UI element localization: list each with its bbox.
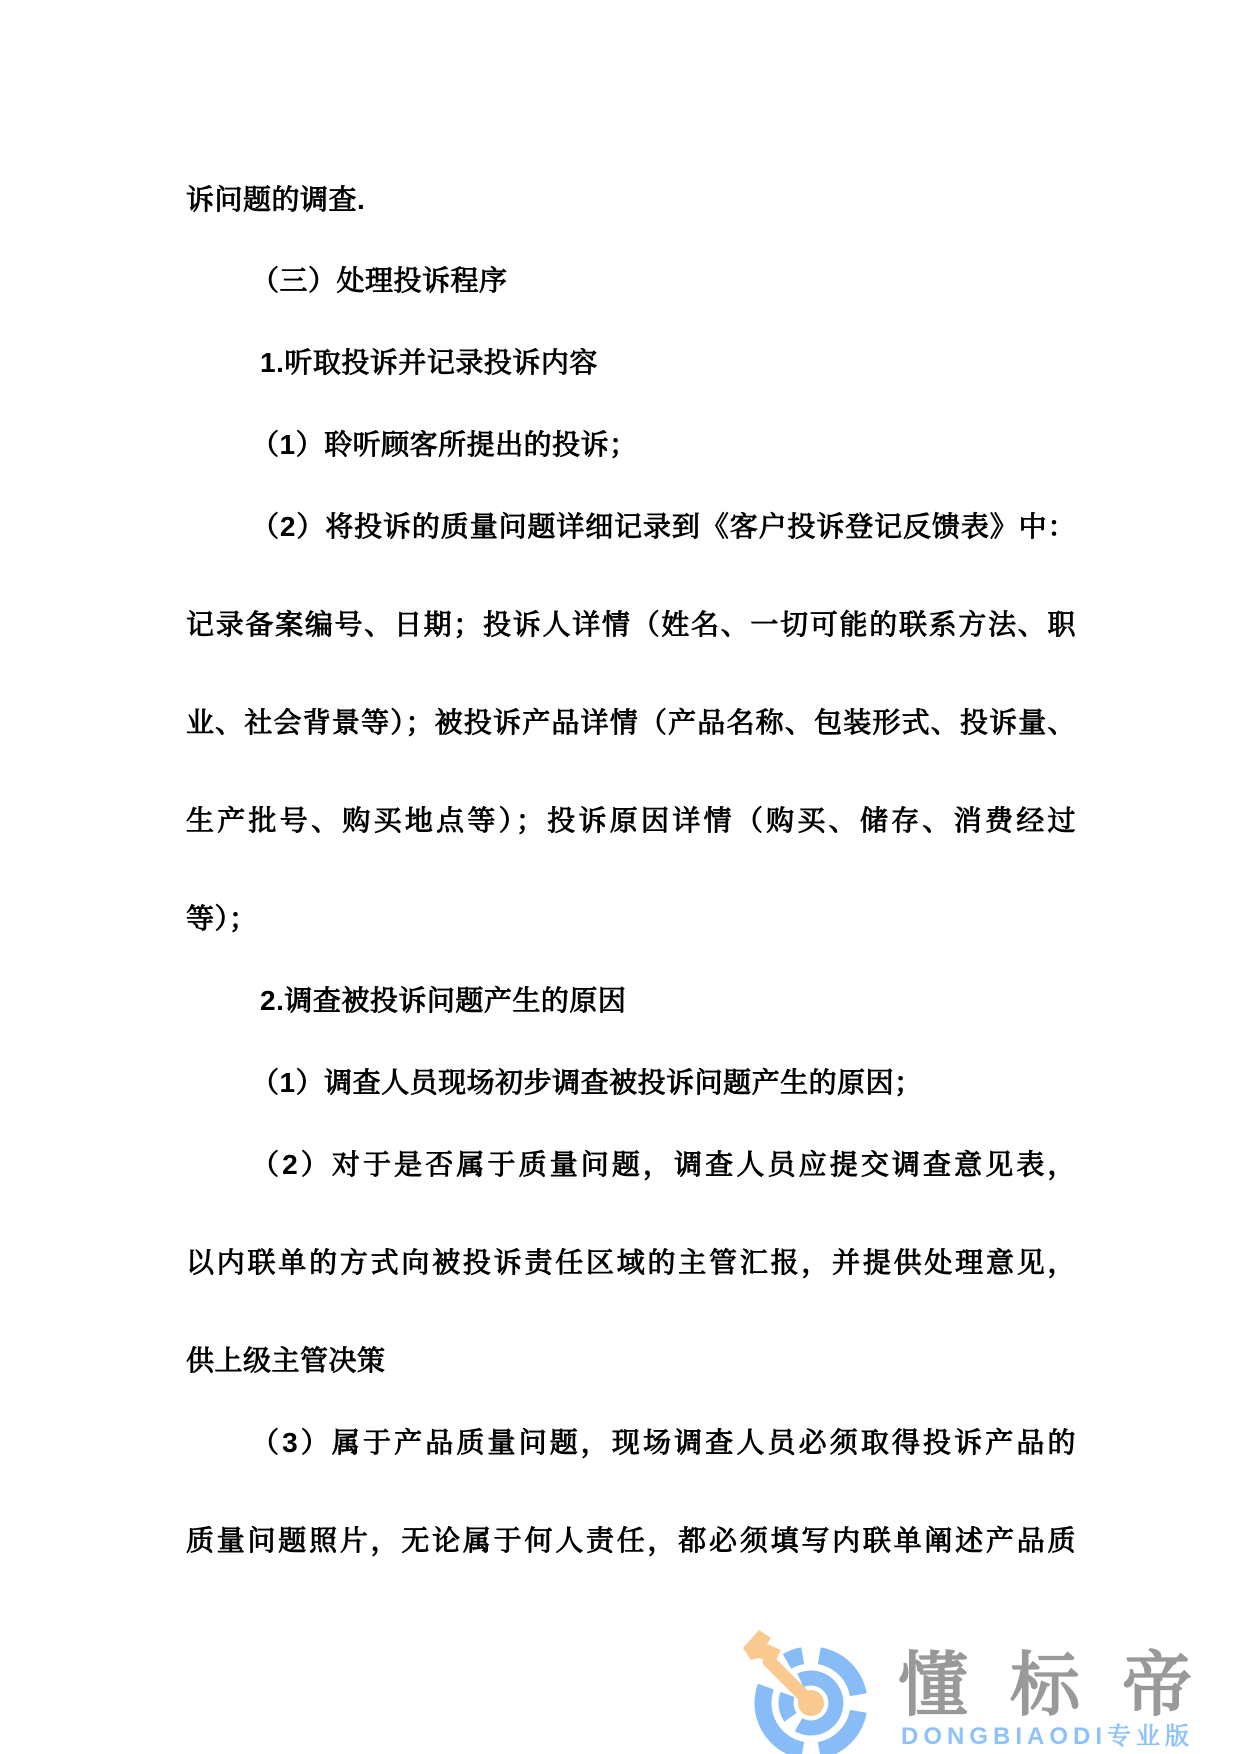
doc-line-11: （1）调查人员现场初步调查被投诉问题产生的原因； — [251, 1063, 923, 1103]
doc-line-6: 记录备案编号、日期；投诉人详情（姓名、一切可能的联系方法、职 — [186, 605, 1076, 645]
doc-line-8: 生产批号、购买地点等）；投诉原因详情（购买、储存、消费经过 — [186, 801, 1076, 841]
doc-line-5: （2）将投诉的质量问题详细记录到《客户投诉登记反馈表》中： — [251, 507, 1076, 547]
document-page: 诉问题的调查. （三）处理投诉程序 1.听取投诉并记录投诉内容 （1）聆听顾客所… — [0, 0, 1241, 1754]
doc-line-15: （3）属于产品质量问题，现场调查人员必须取得投诉产品的 — [251, 1423, 1076, 1463]
doc-line-13: 以内联单的方式向被投诉责任区域的主管汇报，并提供处理意见， — [186, 1243, 1076, 1283]
brand-en-text: DONGBIAODI — [901, 1723, 1107, 1750]
doc-line-9: 等）； — [186, 899, 258, 939]
doc-line-3: 1.听取投诉并记录投诉内容 — [260, 343, 598, 383]
doc-line-4: （1）聆听顾客所提出的投诉； — [251, 425, 638, 465]
doc-line-14: 供上级主管决策 — [186, 1341, 386, 1381]
brand-name-cn: 懂标帝 — [898, 1647, 1234, 1723]
doc-line-7: 业、社会背景等）；被投诉产品详情（产品名称、包装形式、投诉量、 — [186, 703, 1076, 743]
doc-line-1: 诉问题的调查. — [186, 180, 365, 220]
doc-line-10: 2.调查被投诉问题产生的原因 — [260, 981, 626, 1021]
doc-line-2: （三）处理投诉程序 — [251, 261, 508, 301]
brand-suffix-text: 专业版 — [1107, 1723, 1194, 1750]
doc-line-16: 质量问题照片，无论属于何人责任，都必须填写内联单阐述产品质 — [186, 1521, 1076, 1561]
doc-line-12: （2）对于是否属于质量问题，调查人员应提交调查意见表， — [251, 1145, 1076, 1185]
brand-name-en: DONGBIAODI专业版 — [901, 1723, 1194, 1751]
